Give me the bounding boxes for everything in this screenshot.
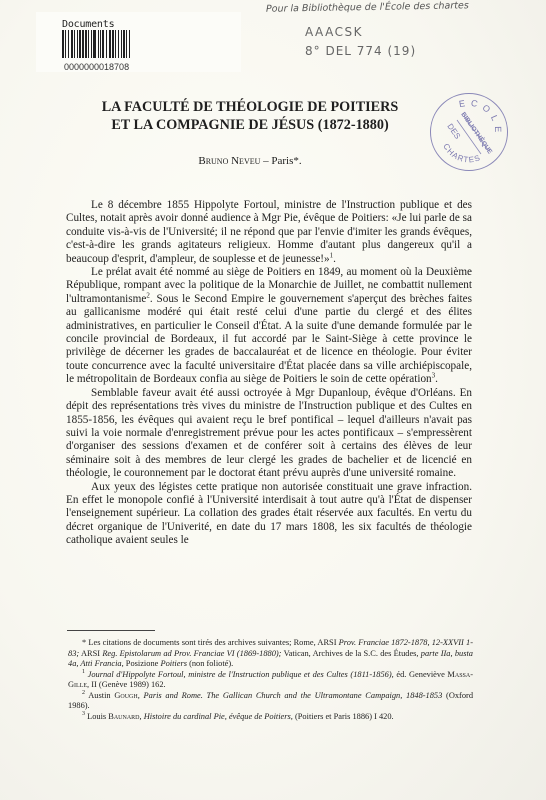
- svg-text:CHARTES: CHARTES: [441, 142, 482, 164]
- footnote-1: 1 Journal d'Hippolyte Fortoul, ministre …: [68, 670, 473, 691]
- barcode-number: 0000000018708: [64, 62, 129, 72]
- paragraph-2: Le prélat avait été nommé au siège de Po…: [66, 266, 472, 387]
- article-body: Le 8 décembre 1855 Hippolyte Fortoul, mi…: [66, 199, 472, 548]
- footnote-star: * Les citations de documents sont tirés …: [68, 638, 473, 670]
- barcode-icon: [62, 30, 172, 58]
- paragraph-4: Aux yeux des légistes cette pratique non…: [66, 481, 472, 548]
- handwritten-shelfmark-2: 8° DEL 774 (19): [305, 44, 416, 58]
- footnote-2: 2 Austin Gough, Paris and Rome. The Gall…: [68, 691, 473, 712]
- title-line-1: LA FACULTÉ DE THÉOLOGIE DE POITIERS: [60, 98, 440, 116]
- paragraph-1: Le 8 décembre 1855 Hippolyte Fortoul, mi…: [66, 199, 472, 266]
- handwritten-shelfmark-1: AAACSK: [305, 25, 363, 39]
- stamp-bottom-text: CHARTES: [441, 142, 482, 164]
- footnote-divider: [67, 630, 155, 631]
- author-name: Bruno Neveu: [198, 155, 260, 167]
- footnote-3: 3 Louis Baunard, Histoire du cardinal Pi…: [68, 712, 473, 723]
- title-line-2: ET LA COMPAGNIE DE JÉSUS (1872-1880): [60, 116, 440, 134]
- handwritten-note: Pour la Bibliothèque de l'École des char…: [266, 0, 469, 15]
- article-title: LA FACULTÉ DE THÉOLOGIE DE POITIERS ET L…: [60, 98, 440, 134]
- author-line: Bruno Neveu – Paris*.: [60, 155, 440, 167]
- author-separator: –: [260, 155, 271, 167]
- stamp-left-text: DES: [445, 122, 462, 141]
- barcode-title: Documents: [62, 19, 114, 30]
- footnotes: * Les citations de documents sont tirés …: [68, 638, 473, 722]
- author-place: Paris*.: [271, 155, 301, 167]
- scanned-page: Documents 0000000018708 Pour la Biblioth…: [0, 0, 546, 800]
- library-stamp-icon: ECOLE CHARTES DES BIBLIOTHÈQUE: [430, 93, 508, 171]
- paragraph-3: Semblable faveur avait été aussi octroyé…: [66, 387, 472, 481]
